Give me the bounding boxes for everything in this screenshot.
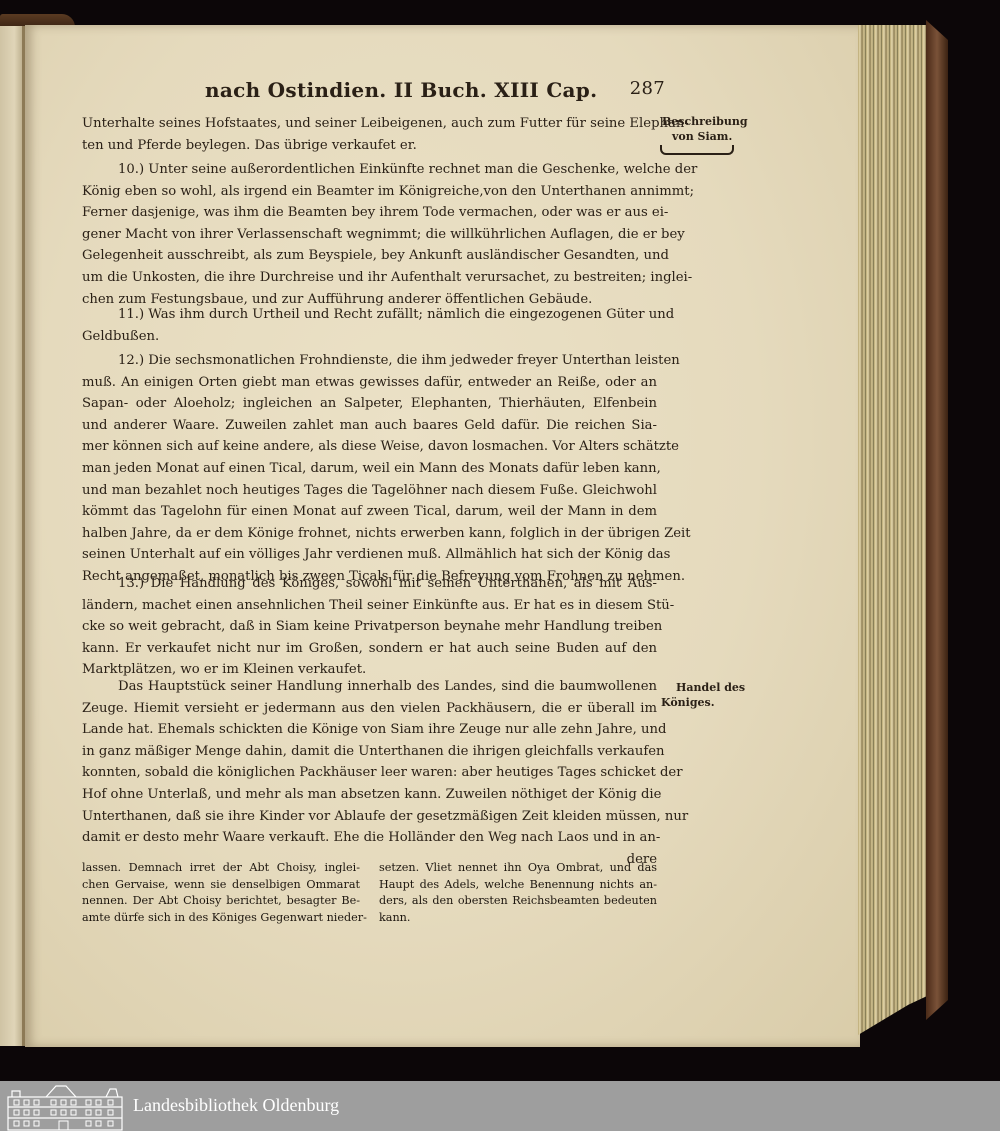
text-line: muß. An einigen Orten giebt man etwas ge… <box>82 372 657 394</box>
text-line: Lande hat. Ehemals schickten die Könige … <box>82 719 657 741</box>
text-line: 12.) Die sechsmonatlichen Frohndienste, … <box>82 350 657 372</box>
page-edges <box>858 25 930 1035</box>
text-line: kömmt das Tagelohn für einen Monat auf z… <box>82 501 657 523</box>
margin-note-line: von Siam. <box>662 129 748 144</box>
text-line: 11.) Was ihm durch Urtheil und Recht zuf… <box>82 304 657 326</box>
paragraph-hauptstueck: Das Hauptstück seiner Handlung innerhalb… <box>82 676 657 870</box>
running-head: nach Ostindien. II Buch. XIII Cap. 287 <box>205 78 665 104</box>
text-line: und anderer Waare. Zuweilen zahlet man a… <box>82 415 657 437</box>
text-line: cke so weit gebracht, daß in Siam keine … <box>82 616 657 638</box>
text-line: Ferner dasjenige, was ihm die Beamten be… <box>82 202 657 224</box>
paragraph-13: 13.) Die Handlung des Königes, sowohl mi… <box>82 573 657 681</box>
margin-brace <box>660 145 734 155</box>
paragraph-11: 11.) Was ihm durch Urtheil und Recht zuf… <box>82 304 657 347</box>
text-line: gener Macht von ihrer Verlassenschaft we… <box>82 224 657 246</box>
text-line: man jeden Monat auf einen Tical, darum, … <box>82 458 657 480</box>
paragraph-continuation: Unterhalte seines Hofstaates, und seiner… <box>82 113 657 156</box>
text-line: in ganz mäßiger Menge dahin, damit die U… <box>82 741 657 763</box>
footnote-column-left: lassen. Demnach irret der Abt Choisy, in… <box>82 860 360 926</box>
margin-note-handel: Handel des Königes. <box>676 680 745 710</box>
text-line: 13.) Die Handlung des Königes, sowohl mi… <box>82 573 657 595</box>
text-line: Unterhalte seines Hofstaates, und seiner… <box>82 113 657 135</box>
text-line: Sapan- oder Aloeholz; ingleichen an Salp… <box>82 393 657 415</box>
footnote-line: Haupt des Adels, welche Benennung nichts… <box>379 877 657 894</box>
text-line: kann. Er verkaufet nicht nur im Großen, … <box>82 638 657 660</box>
text-line: Geldbußen. <box>82 326 657 348</box>
text-line: damit er desto mehr Waare verkauft. Ehe … <box>82 827 657 849</box>
text-line: 10.) Unter seine außerordentlichen Einkü… <box>82 159 657 181</box>
text-line: ländern, machet einen ansehnlichen Theil… <box>82 595 657 617</box>
footnote-line: lassen. Demnach irret der Abt Choisy, in… <box>82 860 360 877</box>
margin-note-line: Königes. <box>661 695 745 710</box>
page-number: 287 <box>630 78 665 99</box>
book-cover-edge <box>926 20 948 1020</box>
text-line: Hof ohne Unterlaß, und mehr als man abse… <box>82 784 657 806</box>
library-name: Landesbibliothek Oldenburg <box>133 1095 339 1116</box>
text-line: Zeuge. Hiemit versieht er jedermann aus … <box>82 698 657 720</box>
paragraph-10: 10.) Unter seine außerordentlichen Einkü… <box>82 159 657 310</box>
text-line: Das Hauptstück seiner Handlung innerhalb… <box>82 676 657 698</box>
book-scan: nach Ostindien. II Buch. XIII Cap. 287 B… <box>0 0 1000 1081</box>
text-line: König eben so wohl, als irgend ein Beamt… <box>82 181 657 203</box>
library-footer: Landesbibliothek Oldenburg <box>0 1081 1000 1131</box>
library-building-icon <box>6 1083 124 1131</box>
text-line: mer können sich auf keine andere, als di… <box>82 436 657 458</box>
paragraph-12: 12.) Die sechsmonatlichen Frohndienste, … <box>82 350 657 588</box>
text-line: um die Unkosten, die ihre Durchreise und… <box>82 267 657 289</box>
running-head-title: nach Ostindien. II Buch. XIII Cap. <box>205 78 597 102</box>
footnote-line: amte dürfe sich in des Königes Gegenwart… <box>82 910 360 927</box>
text-line: und man bezahlet noch heutiges Tages die… <box>82 480 657 502</box>
previous-page-edge <box>0 26 24 1046</box>
text-line: Gelegenheit ausschreibt, als zum Beyspie… <box>82 245 657 267</box>
text-line: halben Jahre, da er dem Könige frohnet, … <box>82 523 657 545</box>
text-line: ten und Pferde beylegen. Das übrige verk… <box>82 135 657 157</box>
margin-note-line: Handel des <box>676 680 745 695</box>
footnote-line: chen Gervaise, wenn sie denselbigen Omma… <box>82 877 360 894</box>
footnote-line: ders, als den obersten Reichsbeamten bed… <box>379 893 657 910</box>
footnote-line: kann. <box>379 910 657 927</box>
text-line: Unterthanen, daß sie ihre Kinder vor Abl… <box>82 806 657 828</box>
text-line: seinen Unterhalt auf ein völliges Jahr v… <box>82 544 657 566</box>
footnote-column-right: setzen. Vliet nennet ihn Oya Ombrat, und… <box>379 860 657 926</box>
footnote-line: nennen. Der Abt Choisy berichtet, besagt… <box>82 893 360 910</box>
text-line: konnten, sobald die königlichen Packhäus… <box>82 762 657 784</box>
footnote-line: setzen. Vliet nennet ihn Oya Ombrat, und… <box>379 860 657 877</box>
